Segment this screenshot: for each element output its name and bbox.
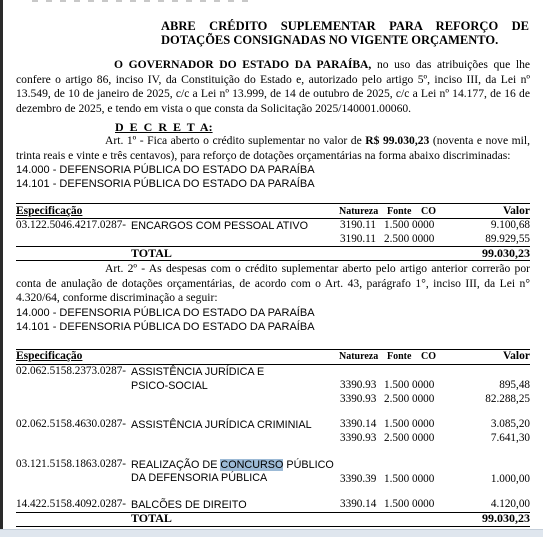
total-value: 99.030,23 bbox=[430, 511, 530, 526]
header-especificacao: Especificação bbox=[16, 350, 82, 362]
viewer-bottom-bar bbox=[0, 529, 543, 537]
page-left-border bbox=[0, 0, 3, 529]
text-selection-highlight[interactable]: CONCURSO bbox=[220, 459, 283, 471]
governor-heading: O GOVERNADOR DO ESTADO DA PARAÍBA, bbox=[114, 58, 371, 71]
decree-title: ABRE CRÉDITO SUPLEMENTAR PARA REFORÇO DE… bbox=[161, 19, 529, 47]
header-fonte: Fonte bbox=[387, 206, 411, 217]
header-especificacao: Especificação bbox=[16, 205, 82, 217]
header-natureza: Natureza bbox=[339, 351, 378, 362]
header-valor: Valor bbox=[430, 350, 530, 362]
org-line: 14.101 - DEFENSORIA PÚBLICA DO ESTADO DA… bbox=[16, 320, 315, 334]
header-valor: Valor bbox=[430, 205, 530, 217]
total-label: TOTAL bbox=[131, 246, 172, 261]
article-1: Art. 1º - Fica aberto o crédito suplemen… bbox=[16, 134, 530, 163]
credit-amount: R$ 99.030,23 bbox=[365, 134, 429, 147]
org-line: 14.000 - DEFENSORIA PÚBLICA DO ESTADO DA… bbox=[16, 306, 315, 320]
previous-page-text-fragment bbox=[32, 0, 252, 2]
table-bottom-rule bbox=[16, 260, 530, 261]
org-line: 14.101 - DEFENSORIA PÚBLICA DO ESTADO DA… bbox=[16, 177, 315, 191]
table-top-rule bbox=[16, 203, 530, 204]
org-line: 14.000 - DEFENSORIA PÚBLICA DO ESTADO DA… bbox=[16, 163, 315, 177]
total-value: 99.030,23 bbox=[430, 246, 530, 261]
table-bottom-rule bbox=[16, 526, 530, 527]
header-fonte: Fonte bbox=[387, 351, 411, 362]
preamble-paragraph: O GOVERNADOR DO ESTADO DA PARAÍBA, no us… bbox=[16, 58, 530, 116]
article-2: Art. 2º - As despesas com o crédito supl… bbox=[16, 262, 530, 306]
total-label: TOTAL bbox=[131, 511, 172, 526]
decreta-heading: D E C R E T A: bbox=[115, 120, 213, 135]
header-natureza: Natureza bbox=[339, 206, 378, 217]
